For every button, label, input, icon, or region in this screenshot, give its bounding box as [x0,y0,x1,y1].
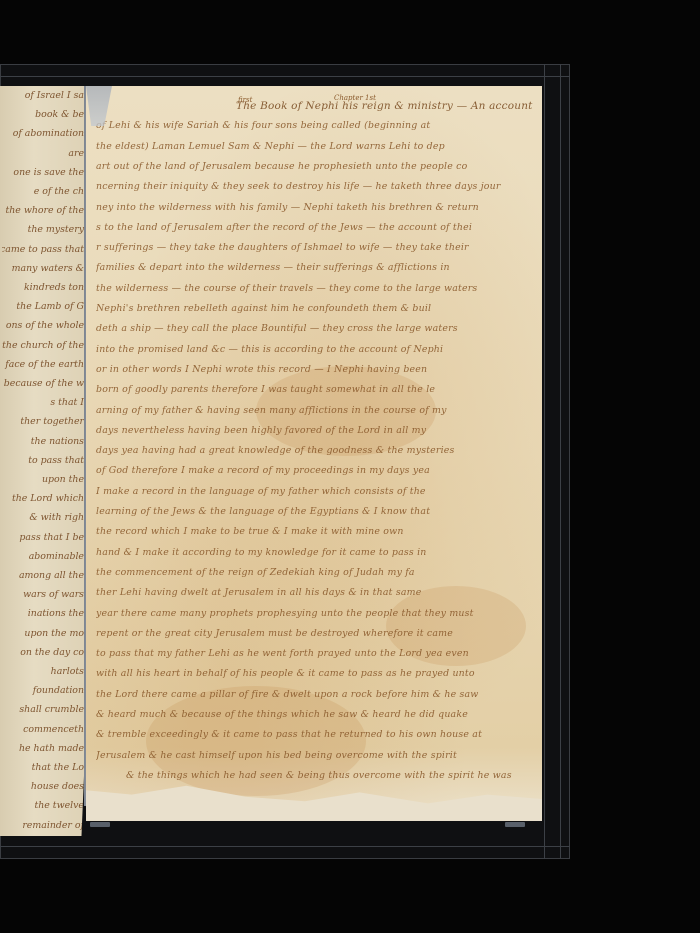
left-page-line: remainder of [2,820,84,831]
left-page-line: the church of the [2,340,84,351]
left-page-line: pass that I be [2,532,84,543]
left-page-line: foundation [2,685,84,696]
manuscript-line: year there came many prophets prophesyin… [96,608,534,619]
left-page-line: face of the earth [2,359,84,370]
manuscript-line: ncerning their iniquity & they seek to d… [96,181,534,192]
left-page-line: many waters & [2,263,84,274]
left-page-line: & with righ [2,512,84,523]
manuscript-line: arning of my father & having seen many a… [96,405,534,416]
manuscript-line: & the things which he had seen & being t… [126,770,534,781]
manuscript-line: learning of the Jews & the language of t… [96,506,534,517]
manuscript-line: into the promised land &c — this is acco… [96,344,534,355]
left-page-line: shall crumble [2,704,84,715]
manuscript-line: the commencement of the reign of Zedekia… [96,567,534,578]
manuscript-line: with all his heart in behalf of his peop… [96,668,534,679]
manuscript-line: the eldest) Laman Lemuel Sam & Nephi — t… [96,141,534,152]
left-page-line: the Lamb of G [2,301,84,312]
manuscript-line: or in other words I Nephi wrote this rec… [96,364,534,375]
left-page-line: harlots [2,666,84,677]
left-page-line: he hath made [2,743,84,754]
manuscript-line: the wilderness — the course of their tra… [96,283,534,294]
manuscript-line: & tremble exceedingly & it came to pass … [96,729,534,740]
left-page-line: upon the [2,474,84,485]
left-page-line: the twelve [2,800,84,811]
left-page-line: ther together [2,416,84,427]
manuscript-line: The Book of Nephi his reign & ministry —… [236,100,534,112]
main-manuscript-page: first Chapter 1st The Book of Nephi his … [86,86,542,821]
manuscript-line: days nevertheless having been highly fav… [96,425,534,436]
left-page-line: house does [2,781,84,792]
manuscript-line: families & depart into the wilderness — … [96,262,534,273]
left-page-line: upon the mo [2,628,84,639]
manuscript-line: the Lord there came a pillar of fire & d… [96,689,534,700]
mount-clip [90,822,110,827]
manuscript-line: to pass that my father Lehi as he went f… [96,648,534,659]
manuscript-line: art out of the land of Jerusalem because… [96,161,534,172]
left-page-line: e of the ch [2,186,84,197]
manuscript-line: of Lehi & his wife Sariah & his four son… [96,120,534,131]
manuscript-line: deth a ship — they call the place Bounti… [96,323,534,334]
left-page-line: are [2,148,84,159]
frame-line-bottom [0,846,570,847]
frame-line-right-outer [560,64,561,859]
manuscript-line: the record which I make to be true & I m… [96,526,534,537]
left-page-line: the nations [2,436,84,447]
manuscript-line: s to the land of Jerusalem after the rec… [96,222,534,233]
left-page-line: of Israel I sa [2,90,84,101]
left-page-line: that the Lo [2,762,84,773]
left-page-line: abominable [2,551,84,562]
left-page-line: the Lord which [2,493,84,504]
left-page-line: among all the [2,570,84,581]
left-page-line: one is save the [2,167,84,178]
left-page-line: kindreds ton [2,282,84,293]
manuscript-line: Jerusalem & he cast himself upon his bed… [96,750,534,761]
manuscript-line: days yea having had a great knowledge of… [96,445,534,456]
left-page-line: wars of wars [2,589,84,600]
left-page-line: inations the [2,608,84,619]
left-page-line: ons of the whole [2,320,84,331]
manuscript-line: Nephi's brethren rebelleth against him h… [96,303,534,314]
frame-line-top [0,76,570,77]
left-page-line: the mystery [2,224,84,235]
left-page-line: on the day co [2,647,84,658]
frame-line-right [544,64,545,859]
left-page-line: to pass that [2,455,84,466]
manuscript-line: ther Lehi having dwelt at Jerusalem in a… [96,587,534,598]
manuscript-line: I make a record in the language of my fa… [96,486,534,497]
manuscript-line: & heard much & because of the things whi… [96,709,534,720]
manuscript-line: of God therefore I make a record of my p… [96,465,534,476]
left-manuscript-page: of Israel I sabook & beof abominationare… [0,86,84,836]
left-page-line: book & be [2,109,84,120]
manuscript-line: repent or the great city Jerusalem must … [96,628,534,639]
left-page-line: of abomination [2,128,84,139]
manuscript-line: r sufferings — they take the daughters o… [96,242,534,253]
manuscript-line: hand & I make it according to my knowled… [96,547,534,558]
left-page-line: s that I [2,397,84,408]
left-page-line: commenceth [2,724,84,735]
left-page-line: came to pass that [2,244,84,255]
left-page-line: because of the w [2,378,84,389]
manuscript-line: born of goodly parents therefore I was t… [96,384,534,395]
left-page-line: the whore of the [2,205,84,216]
mount-clip [505,822,525,827]
manuscript-line: ney into the wilderness with his family … [96,202,534,213]
